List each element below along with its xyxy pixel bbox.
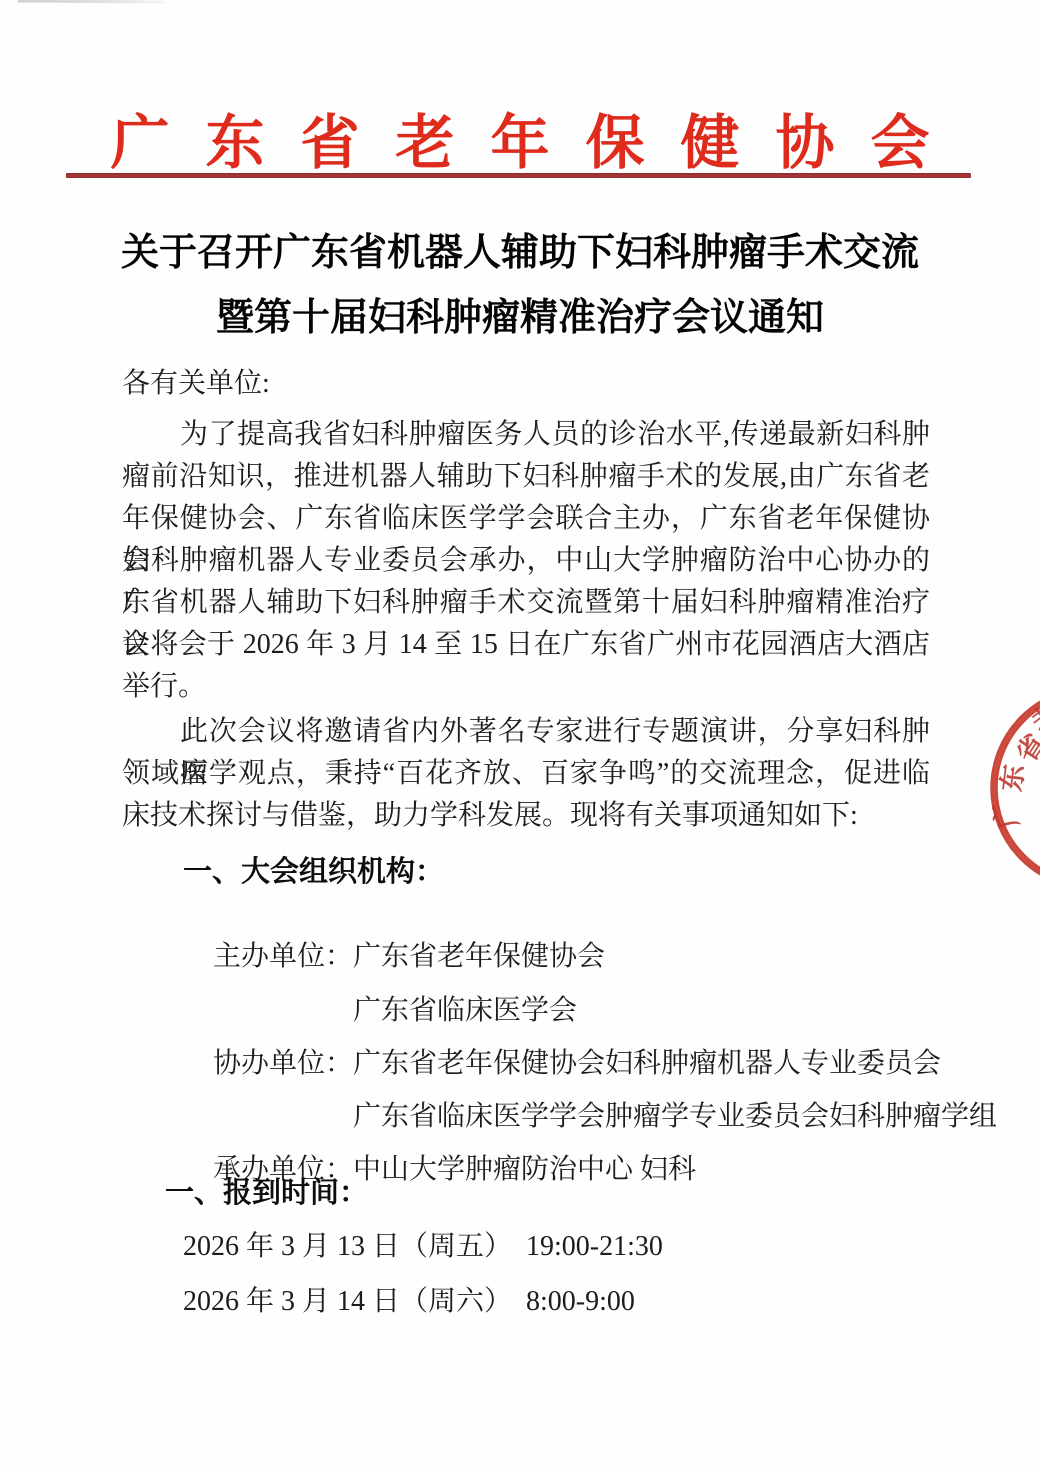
- body-line: 年保健协会、广东省临床医学学会联合主办，广东省老年保健协会: [122, 498, 930, 540]
- scan-artifact-line: [18, 0, 166, 4]
- association-name-header: 广东省老年保健协会: [0, 95, 1040, 180]
- body-line: 床技术探讨与借鉴，助力学科发展。现将有关事项通知如下:: [122, 795, 930, 837]
- official-red-seal-partial: 广 东 省 老: [950, 655, 1040, 925]
- paragraph-1: 为了提高我省妇科肿瘤医务人员的诊治水平,传递最新妇科肿 瘤前沿知识，推进机器人辅…: [122, 414, 930, 708]
- seal-char-dong: 东: [996, 763, 1029, 793]
- salutation: 各有关单位:: [122, 361, 270, 401]
- document-title-line1: 关于召开广东省机器人辅助下妇科肿瘤手术交流: [0, 221, 1040, 276]
- section-heading-organization: 一、大会组织机构：: [183, 849, 444, 890]
- registration-time-2: 2026 年 3 月 14 日（周六） 8:00-9:00: [183, 1279, 635, 1319]
- header-divider-rule: [66, 173, 971, 178]
- body-line: 此次会议将邀请省内外著名专家进行专题演讲，分享妇科肿瘤: [122, 711, 930, 753]
- body-line: 议将会于 2026 年 3 月 14 至 15 日在广东省广州市花园酒店大酒店: [122, 624, 930, 666]
- body-line: 领域医学观点，秉持“百花齐放、百家争鸣”的交流理念，促进临: [122, 753, 930, 795]
- body-line: 为了提高我省妇科肿瘤医务人员的诊治水平,传递最新妇科肿: [122, 414, 930, 456]
- registration-time-1: 2026 年 3 月 13 日（周五） 19:00-21:30: [183, 1224, 663, 1264]
- paragraph-2: 此次会议将邀请省内外著名专家进行专题演讲，分享妇科肿瘤 领域医学观点，秉持“百花…: [122, 711, 930, 837]
- section-heading-registration-time: 一、报到时间：: [165, 1170, 368, 1211]
- body-line: 举行。: [122, 666, 930, 708]
- notice-document: 广东省老年保健协会 关于召开广东省机器人辅助下妇科肿瘤手术交流 暨第十届妇科肿瘤…: [0, 0, 1040, 1471]
- document-title-line2: 暨第十届妇科肿瘤精准治疗会议通知: [0, 286, 1040, 341]
- body-line: 东省机器人辅助下妇科肿瘤手术交流暨第十届妇科肿瘤精准治疗会: [122, 582, 930, 624]
- organizer-value: 中山大学肿瘤防治中心 妇科: [353, 1154, 696, 1185]
- body-line: 瘤前沿知识，推进机器人辅助下妇科肿瘤手术的发展,由广东省老: [122, 456, 930, 498]
- body-line: 妇科肿瘤机器人专业委员会承办，中山大学肿瘤防治中心协办的广: [122, 540, 930, 582]
- seal-char-sheng: 省: [1011, 729, 1040, 768]
